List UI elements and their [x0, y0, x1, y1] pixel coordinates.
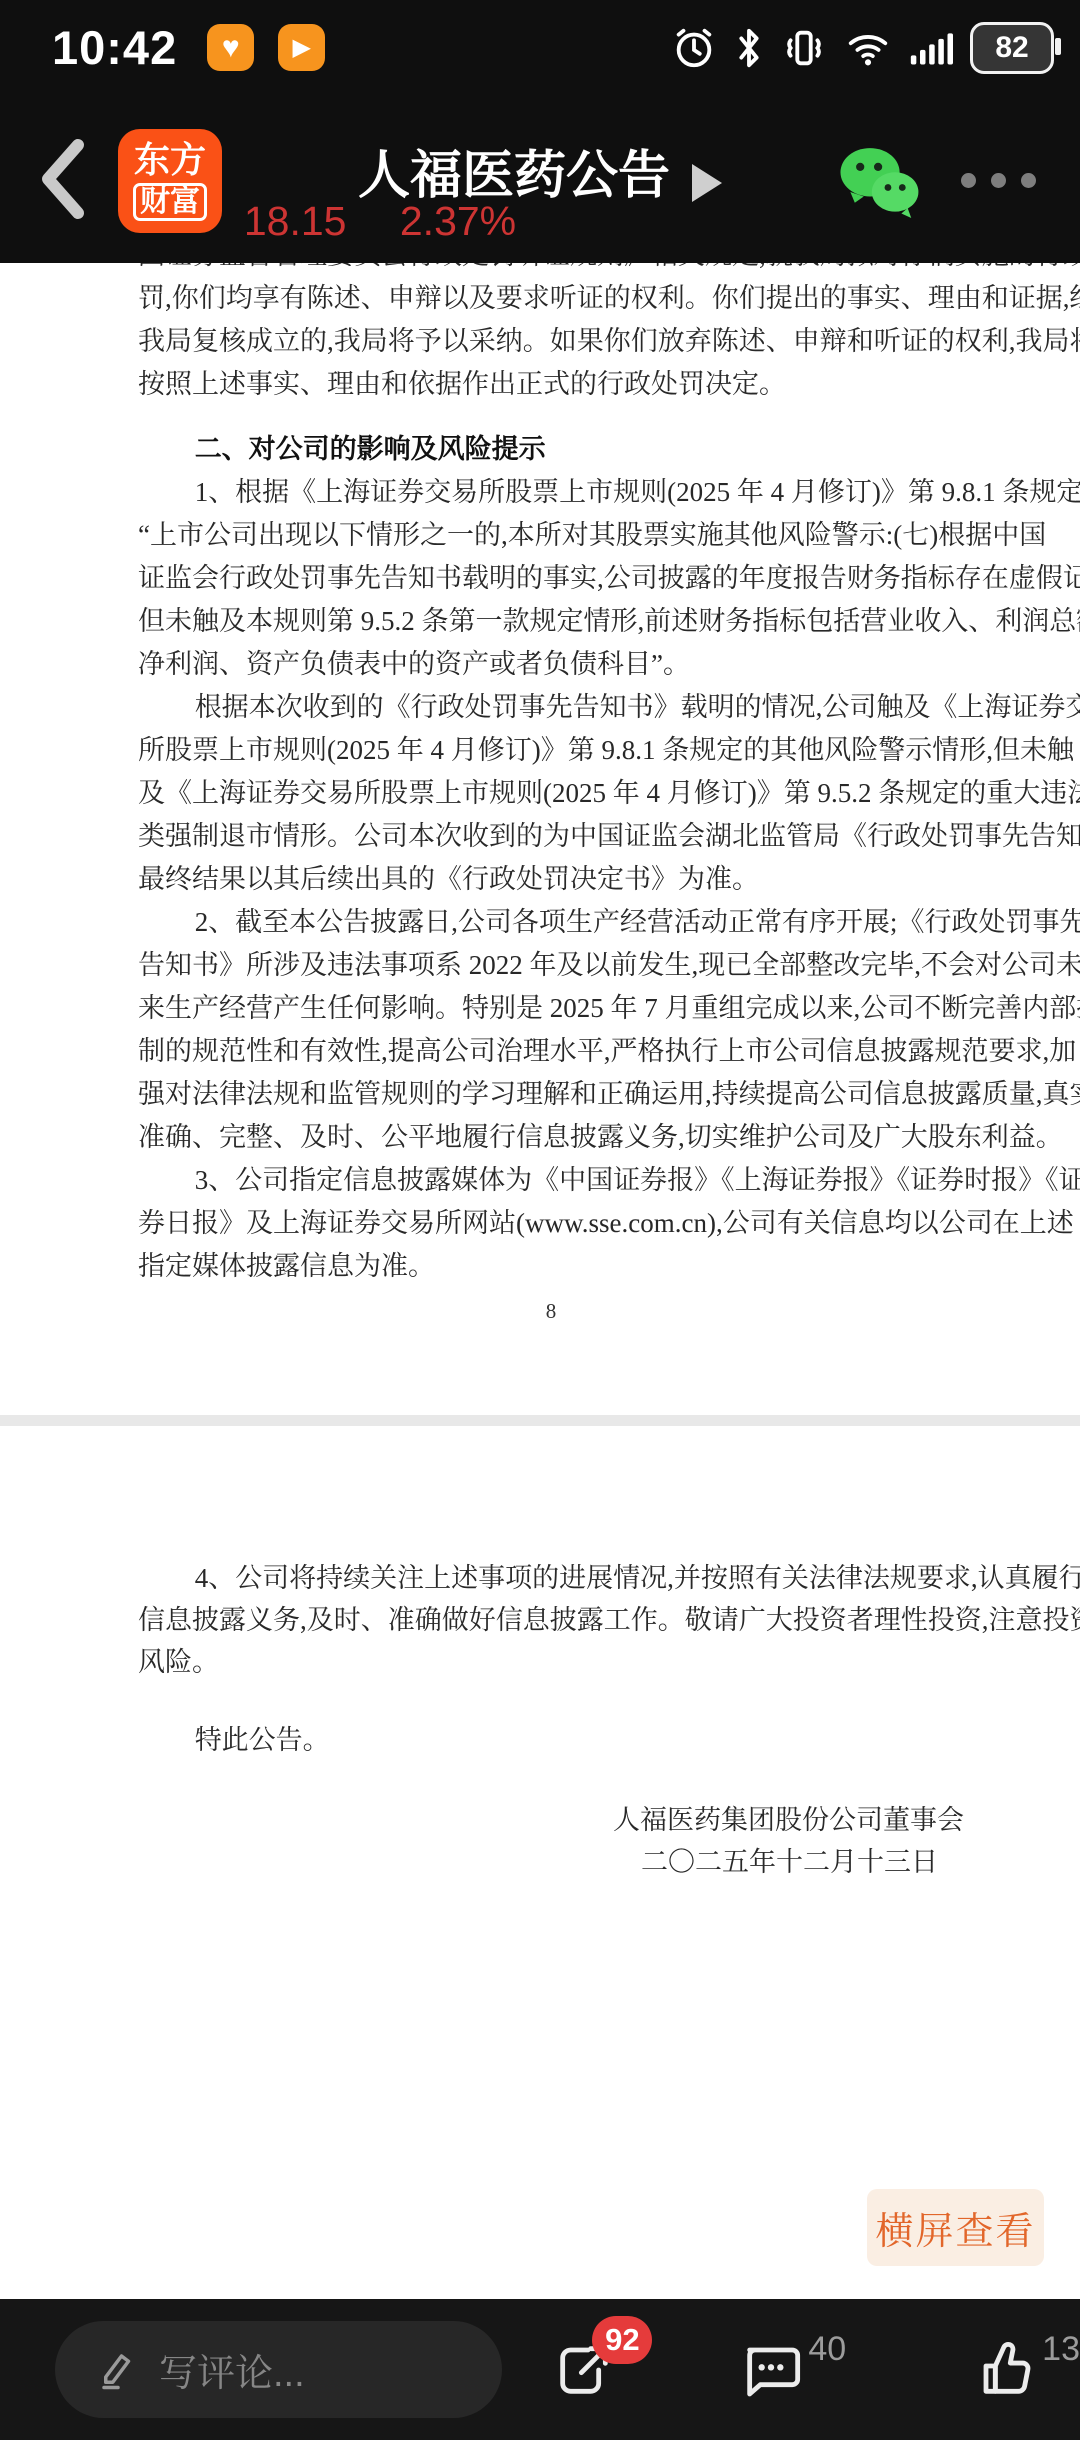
play-audio-icon[interactable]	[692, 164, 722, 202]
document-line: 准确、完整、及时、公平地履行信息披露义务,切实维护公司及广大股东利益。	[138, 1116, 964, 1159]
document-line: 信息披露义务,及时、准确做好信息披露工作。敬请广大投资者理性投资,注意投资	[138, 1599, 964, 1641]
wifi-icon	[844, 25, 892, 71]
battery-icon: 82	[970, 22, 1054, 74]
status-bar: 10:42 ♥ ▶	[0, 0, 1080, 95]
document-line: 所股票上市规则(2025 年 4 月修订)》第 9.8.1 条规定的其他风险警示…	[138, 729, 964, 772]
vibrate-icon	[781, 25, 827, 71]
document-line: 罚,你们均享有陈述、申辩以及要求听证的权利。你们提出的事实、理由和证据,经	[138, 277, 964, 320]
section-heading: 二、对公司的影响及风险提示	[138, 428, 964, 471]
document-line: 根据本次收到的《行政处罚事先告知书》载明的情况,公司触及《上海证券交易	[138, 686, 964, 729]
landscape-view-button[interactable]: 横屏查看	[867, 2189, 1044, 2266]
heart-app-notification-icon: ♥	[207, 24, 254, 71]
document-line: 按照上述事实、理由和依据作出正式的行政处罚决定。	[138, 363, 964, 406]
signal-strength-icon	[909, 25, 953, 71]
paragraph-5: 4、公司将持续关注上述事项的进展情况,并按照有关法律法规要求,认真履行信息披露义…	[138, 1557, 964, 1683]
page-break-separator	[0, 1415, 1080, 1426]
paragraph-2: 根据本次收到的《行政处罚事先告知书》载明的情况,公司触及《上海证券交易所股票上市…	[138, 686, 964, 901]
system-status-icons: 82	[671, 22, 1054, 74]
document-line: 2、截至本公告披露日,公司各项生产经营活动正常有序开展;《行政处罚事先	[138, 901, 964, 944]
like-button[interactable]: 13	[974, 2338, 1080, 2402]
comments-button[interactable]: 40	[738, 2338, 846, 2402]
document-line: 我局复核成立的,我局将予以采纳。如果你们放弃陈述、申辩和听证的权利,我局将	[138, 320, 964, 363]
document-line: 告知书》所涉及违法事项系 2022 年及以前发生,现已全部整改完毕,不会对公司未	[138, 944, 964, 987]
document-page-9: 4、公司将持续关注上述事项的进展情况,并按照有关法律法规要求,认真履行信息披露义…	[138, 1557, 964, 1883]
document-line: 风险。	[138, 1641, 964, 1683]
signature-date: 二〇二五年十二月十三日	[138, 1841, 964, 1883]
document-line: 国证券监督管理委员会行政处罚听证规则》相关规定,就我局拟对你们实施的行政处	[138, 263, 964, 277]
share-button[interactable]: 92	[552, 2338, 616, 2402]
wechat-share-icon[interactable]	[836, 143, 922, 228]
document-page-8: 国证券监督管理委员会行政处罚听证规则》相关规定,就我局拟对你们实施的行政处罚,你…	[138, 263, 964, 1326]
paragraph-continued: 国证券监督管理委员会行政处罚听证规则》相关规定,就我局拟对你们实施的行政处罚,你…	[138, 263, 964, 406]
comment-input[interactable]: 写评论...	[55, 2321, 502, 2418]
announcement-document[interactable]: 国证券监督管理委员会行政处罚听证规则》相关规定,就我局拟对你们实施的行政处罚,你…	[0, 263, 1080, 2299]
clock-time: 10:42	[52, 20, 177, 75]
paragraph-1: 1、根据《上海证券交易所股票上市规则(2025 年 4 月修订)》第 9.8.1…	[138, 471, 964, 686]
comment-placeholder: 写评论...	[159, 2342, 305, 2397]
phone-screen: 10:42 ♥ ▶	[0, 0, 1080, 2440]
document-line: 但未触及本规则第 9.5.2 条第一款规定情形,前述财务指标包括营业收入、利润总…	[138, 600, 964, 643]
document-line: “上市公司出现以下情形之一的,本所对其股票实施其他风险警示:(七)根据中国	[138, 514, 964, 557]
thumbs-up-icon	[974, 2338, 1038, 2402]
paragraph-3: 2、截至本公告披露日,公司各项生产经营活动正常有序开展;《行政处罚事先告知书》所…	[138, 901, 964, 1159]
document-line: 3、公司指定信息披露媒体为《中国证券报》《上海证券报》《证券时报》《证	[138, 1159, 964, 1202]
document-line: 类强制退市情形。公司本次收到的为中国证监会湖北监管局《行政处罚事先告知书》,	[138, 815, 964, 858]
stock-quote[interactable]: 18.15 2.37%	[0, 198, 760, 245]
document-line: 4、公司将持续关注上述事项的进展情况,并按照有关法律法规要求,认真履行	[138, 1557, 964, 1599]
battery-percent: 82	[995, 31, 1028, 65]
page-number: 8	[138, 1296, 964, 1326]
alarm-icon	[671, 25, 717, 71]
page-title: 人福医药公告	[358, 133, 670, 208]
document-line: 最终结果以其后续出具的《行政处罚决定书》为准。	[138, 858, 964, 901]
more-options-icon[interactable]	[961, 173, 1036, 188]
document-line: 指定媒体披露信息为准。	[138, 1245, 964, 1288]
document-line: 1、根据《上海证券交易所股票上市规则(2025 年 4 月修订)》第 9.8.1…	[138, 471, 964, 514]
bluetooth-icon	[734, 25, 764, 71]
nav-bar: 东方 财富 人福医药公告 18.15 2.37%	[0, 95, 1080, 263]
document-line: 制的规范性和有效性,提高公司治理水平,严格执行上市公司信息披露规范要求,加	[138, 1030, 964, 1073]
like-count: 13	[1042, 2330, 1080, 2369]
signature-company: 人福医药集团股份公司董事会	[138, 1799, 964, 1841]
document-line: 券日报》及上海证券交易所网站(www.sse.com.cn),公司有关信息均以公…	[138, 1202, 964, 1245]
comment-bubble-icon	[738, 2338, 804, 2402]
closing-statement: 特此公告。	[138, 1719, 964, 1761]
paragraph-4: 3、公司指定信息披露媒体为《中国证券报》《上海证券报》《证券时报》《证券日报》及…	[138, 1159, 964, 1288]
share-count-badge: 92	[592, 2316, 652, 2364]
document-line: 证监会行政处罚事先告知书载明的事实,公司披露的年度报告财务指标存在虚假记载,	[138, 557, 964, 600]
play-app-notification-icon: ▶	[278, 24, 325, 71]
document-line: 净利润、资产负债表中的资产或者负债科目”。	[138, 643, 964, 686]
document-line: 来生产经营产生任何影响。特别是 2025 年 7 月重组完成以来,公司不断完善内…	[138, 987, 964, 1030]
document-line: 及《上海证券交易所股票上市规则(2025 年 4 月修订)》第 9.5.2 条规…	[138, 772, 964, 815]
bottom-action-bar: 写评论... 92 40 13	[0, 2299, 1080, 2440]
stock-change-percent: 2.37%	[400, 198, 516, 244]
comment-count: 40	[808, 2330, 846, 2369]
stock-price: 18.15	[244, 198, 347, 244]
document-line: 强对法律法规和监管规则的学习理解和正确运用,持续提高公司信息披露质量,真实、	[138, 1073, 964, 1116]
pencil-icon	[97, 2349, 139, 2391]
